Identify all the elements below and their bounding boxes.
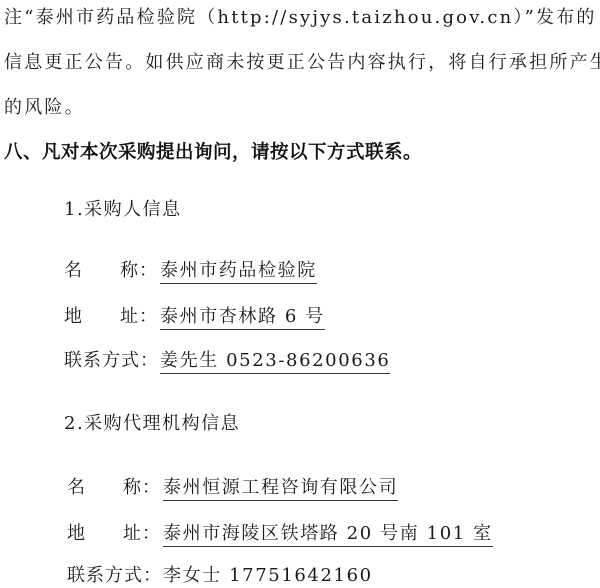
purchaser-contact-value: 姜先生 0523-86200636 [160,350,390,374]
name-label: 名称： [64,260,160,284]
purchaser-address-value: 泰州市杏林路 6 号 [160,306,325,330]
agency-title: 2.采购代理机构信息 [64,413,240,435]
agency-name-value: 泰州恒源工程咨询有限公司 [163,477,398,501]
purchaser-contact-row: 联系方式： 姜先生 0523-86200636 [64,350,390,374]
agency-address-value: 泰州市海陵区铁塔路 20 号南 101 室 [163,523,493,547]
contact-label: 联系方式： [67,565,163,588]
agency-contact-value: 李女士 17751642160 [163,565,373,588]
paragraph-line-2: 信息更正公告。如供应商未按更正公告内容执行，将自行承担所产生 [4,52,600,74]
agency-name-row: 名称： 泰州恒源工程咨询有限公司 [67,477,398,501]
address-label: 地址： [64,306,160,330]
agency-contact-row: 联系方式： 李女士 17751642160 [67,565,373,588]
purchaser-name-row: 名称： 泰州市药品检验院 [64,260,317,284]
agency-address-row: 地址： 泰州市海陵区铁塔路 20 号南 101 室 [67,523,493,547]
purchaser-title: 1.采购人信息 [64,199,182,221]
contact-label: 联系方式： [64,350,160,374]
paragraph-line-1: 注“泰州市药品检验院（http://syjys.taizhou.gov.cn）”… [4,7,597,29]
purchaser-name-value: 泰州市药品检验院 [160,260,317,284]
section-heading: 八、凡对本次采购提出询问，请按以下方式联系。 [4,142,422,164]
name-label: 名称： [67,477,163,501]
paragraph-line-3: 的风险。 [4,97,85,119]
purchaser-address-row: 地址： 泰州市杏林路 6 号 [64,306,325,330]
address-label: 地址： [67,523,163,547]
